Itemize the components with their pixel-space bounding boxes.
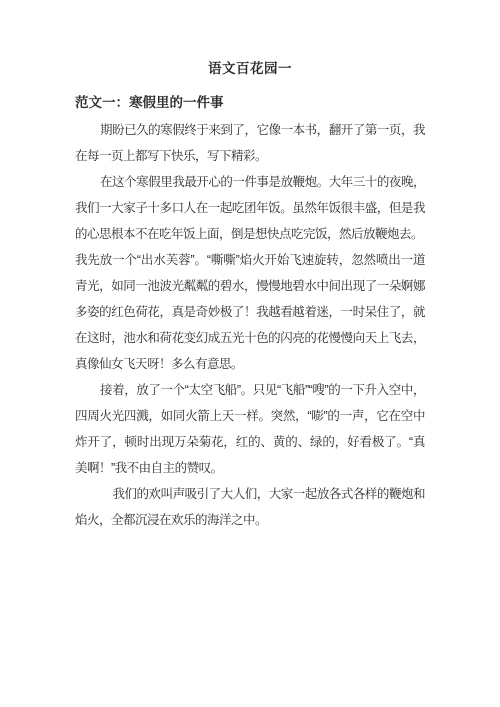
document-page: 语文百花园一 范文一：寒假里的一件事 期盼已久的寒假终于来到了，它像一本书，翻开… <box>0 0 500 707</box>
paragraph-5: 我们的欢叫声吸引了大人们，大家一起放各式各样的鞭炮和焰火，全都沉浸在欢乐的海洋之… <box>75 481 425 533</box>
paragraph-1: 期盼已久的寒假终于来到了，它像一本书，翻开了第一页，我在每一页上都写下快乐，写下… <box>75 117 425 169</box>
essay-heading: 范文一：寒假里的一件事 <box>75 94 425 112</box>
paragraph-2: 在这个寒假里我最开心的一件事是放鞭炮。大年三十的夜晚，我们一大家子十多口人在一起… <box>75 169 425 247</box>
paragraph-4: 接着，放了一个“太空飞船”。只见“飞船”“嗖”的一下升入空中，四周火光四溅，如同… <box>75 377 425 481</box>
document-title: 语文百花园一 <box>75 60 425 78</box>
paragraph-3: 我先放一个“出水芙蓉”。“嘶嘶”焰火开始飞速旋转，忽然喷出一道青光，如同一池波光… <box>75 247 425 377</box>
